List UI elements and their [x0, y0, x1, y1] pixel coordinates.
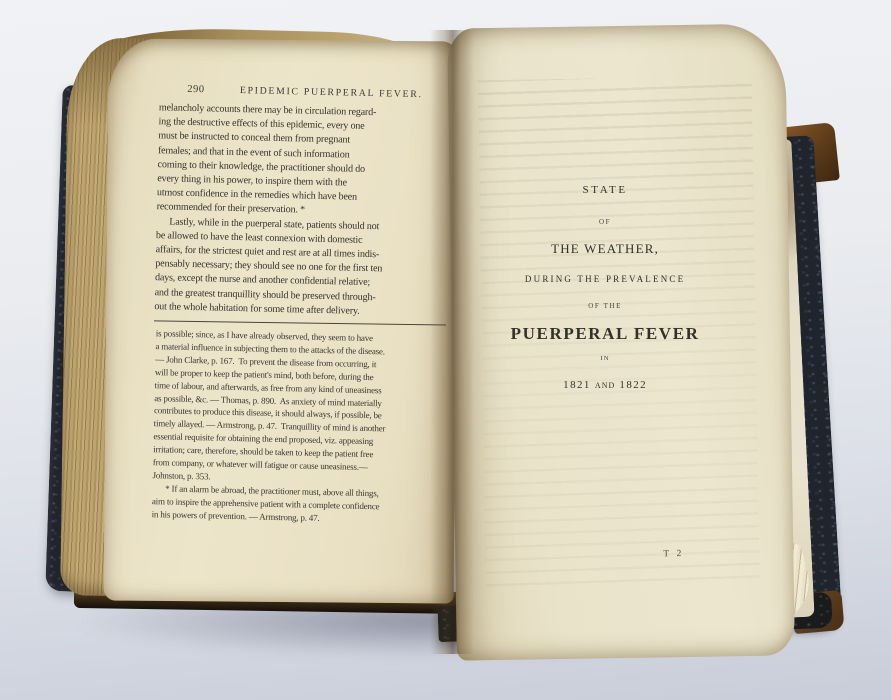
right-page: STATE OF THE WEATHER, DURING THE PREVALE…: [447, 23, 795, 660]
year-end: 1822: [619, 379, 647, 391]
page-number: 290: [187, 84, 233, 96]
signature-mark: T 2: [663, 549, 684, 559]
footnote-text: is possible; since, as I have already ob…: [152, 327, 448, 527]
section-title: STATE OF THE WEATHER, DURING THE PREVALE…: [451, 178, 759, 392]
book-photo: 290 EPIDEMIC PUERPERAL FEVER. melancholy…: [0, 0, 891, 700]
footnote-rule: [154, 320, 446, 325]
title-line-years: 1821 AND 1822: [451, 379, 759, 392]
title-line-of: OF: [451, 218, 759, 226]
left-page-content: 290 EPIDEMIC PUERPERAL FEVER. melancholy…: [96, 36, 459, 606]
running-title: EPIDEMIC PUERPERAL FEVER.: [233, 85, 429, 100]
running-head: 290 EPIDEMIC PUERPERAL FEVER.: [157, 83, 429, 100]
title-line-weather: THE WEATHER,: [451, 241, 759, 256]
title-line-in: IN: [451, 355, 759, 362]
gutter-shadow: [430, 30, 474, 654]
left-page: 290 EPIDEMIC PUERPERAL FEVER. melancholy…: [104, 38, 459, 603]
title-line-prevalence: DURING THE PREVALENCE: [451, 274, 759, 284]
year-conjunction: AND: [595, 381, 615, 390]
title-line-of-the: OF THE: [451, 302, 759, 310]
title-line-fever: PUERPERAL FEVER: [451, 324, 759, 343]
year-start: 1821: [563, 379, 591, 391]
title-line-state: STATE: [451, 184, 759, 196]
body-text: melancholy accounts there may be in circ…: [154, 101, 453, 321]
